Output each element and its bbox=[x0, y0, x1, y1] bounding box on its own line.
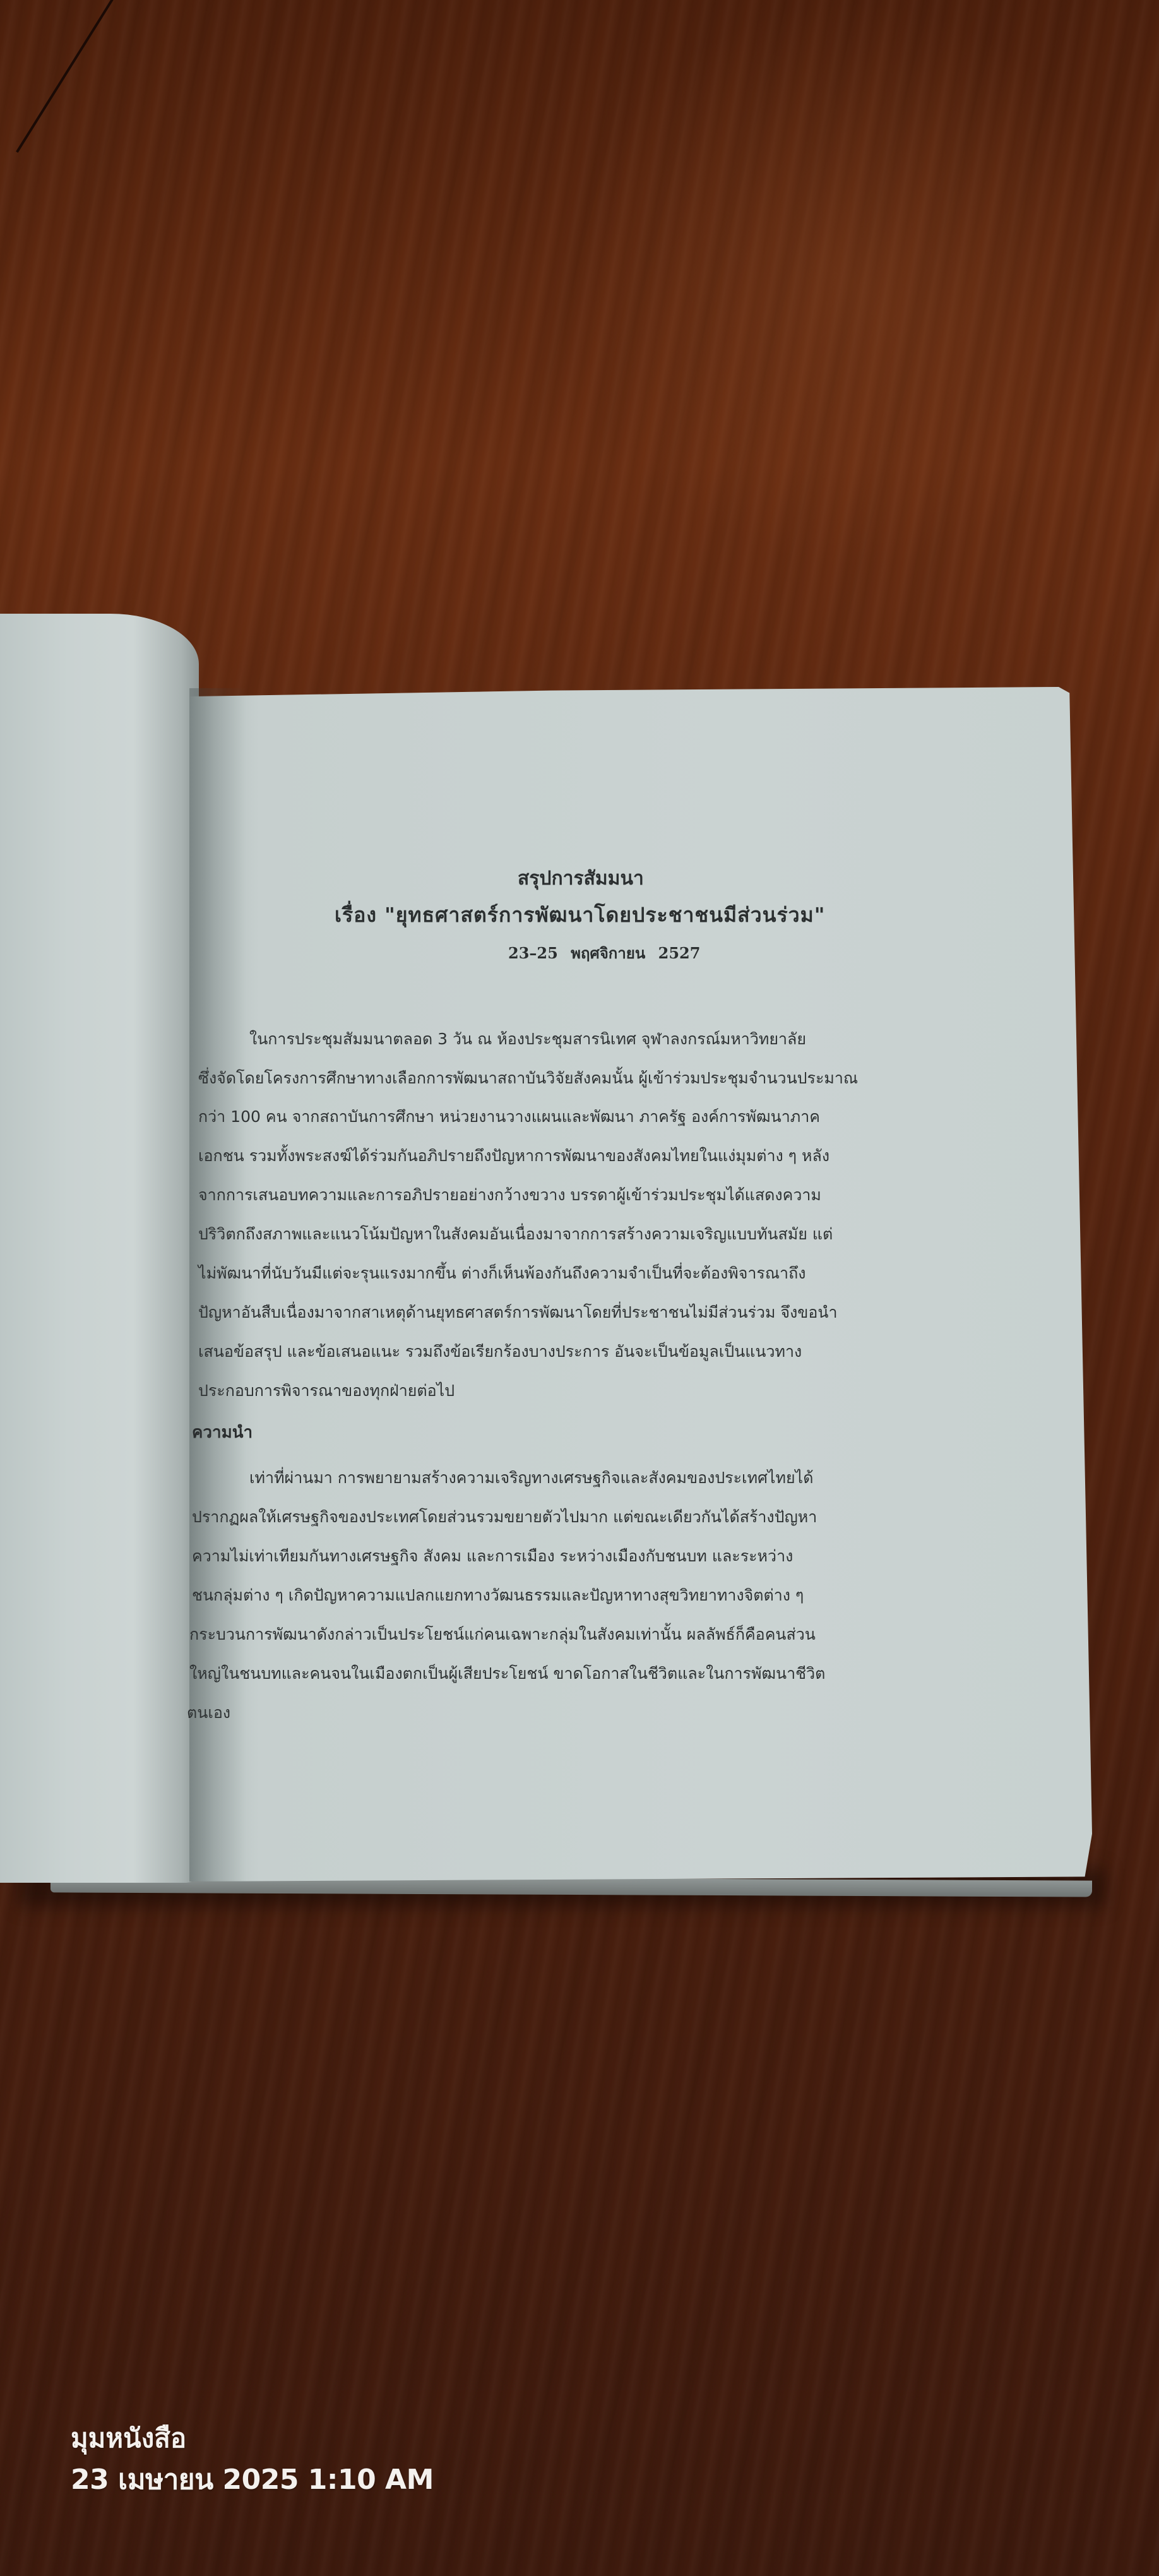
section-line: ชนกลุ่มต่าง ๆ เกิดปัญหาความแปลกแยกทางวัฒ… bbox=[192, 1587, 804, 1603]
section-heading: ความนำ bbox=[192, 1419, 253, 1445]
intro-line: เสนอข้อสรุป และข้อเสนอแนะ รวมถึงข้อเรียก… bbox=[198, 1344, 802, 1359]
intro-line: ในการประชุมสัมมนาตลอด 3 วัน ณ ห้องประชุม… bbox=[249, 1031, 806, 1047]
intro-line: กว่า 100 คน จากสถาบันการศึกษา หน่วยงานวา… bbox=[198, 1109, 820, 1124]
watermark-title: มุมหนังสือ bbox=[71, 2418, 434, 2459]
section-line: ตนเอง bbox=[187, 1705, 230, 1720]
table-surface-highlight bbox=[568, 0, 1136, 568]
section-line: กระบวนการพัฒนาดังกล่าวเป็นประโยชน์แก่คนเ… bbox=[189, 1626, 816, 1642]
intro-line: เอกชน รวมทั้งพระสงฆ์ได้ร่วมกันอภิปรายถึง… bbox=[198, 1148, 829, 1164]
intro-line: ประกอบการพิจารณาของทุกฝ่ายต่อไป bbox=[198, 1383, 455, 1398]
intro-line: ปัญหาอันสืบเนื่องมาจากสาเหตุด้านยุทธศาสต… bbox=[198, 1304, 838, 1320]
section-line: ปรากฏผลให้เศรษฐกิจของประเทศโดยส่วนรวมขยา… bbox=[192, 1509, 817, 1525]
intro-line: จากการเสนอบทความและการอภิปรายอย่างกว้างข… bbox=[198, 1187, 821, 1203]
section-line: ความไม่เท่าเทียมกันทางเศรษฐกิจ สังคม และ… bbox=[192, 1548, 793, 1564]
document-subtitle: เรื่อง "ยุทธศาสตร์การพัฒนาโดยประชาชนมีส่… bbox=[335, 899, 825, 931]
document-page: สรุปการสัมมนา เรื่อง "ยุทธศาสตร์การพัฒนา… bbox=[189, 687, 1092, 1881]
watermark-timestamp: 23 เมษายน 2025 1:10 AM bbox=[71, 2459, 434, 2501]
intro-line: ซึ่งจัดโดยโครงการศึกษาทางเลือกการพัฒนาสถ… bbox=[198, 1070, 858, 1086]
photo-watermark: มุมหนังสือ 23 เมษายน 2025 1:10 AM bbox=[71, 2418, 434, 2501]
left-page bbox=[0, 614, 199, 1883]
intro-line: ไม่พัฒนาที่นับวันมีแต่จะรุนแรงมากขึ้น ต่… bbox=[198, 1265, 805, 1281]
section-line: ใหญ่ในชนบทและคนจนในเมืองตกเป็นผู้เสียประ… bbox=[189, 1666, 825, 1681]
document-date: 23–25 พฤศจิกายน 2527 bbox=[508, 941, 700, 965]
section-line: เท่าที่ผ่านมา การพยายามสร้างความเจริญทาง… bbox=[249, 1470, 813, 1486]
document-title: สรุปการสัมมนา bbox=[518, 864, 644, 893]
table-plank-seam bbox=[16, 0, 128, 153]
intro-line: ปริวิตกถึงสภาพและแนวโน้มปัญหาในสังคมอันเ… bbox=[198, 1226, 833, 1242]
